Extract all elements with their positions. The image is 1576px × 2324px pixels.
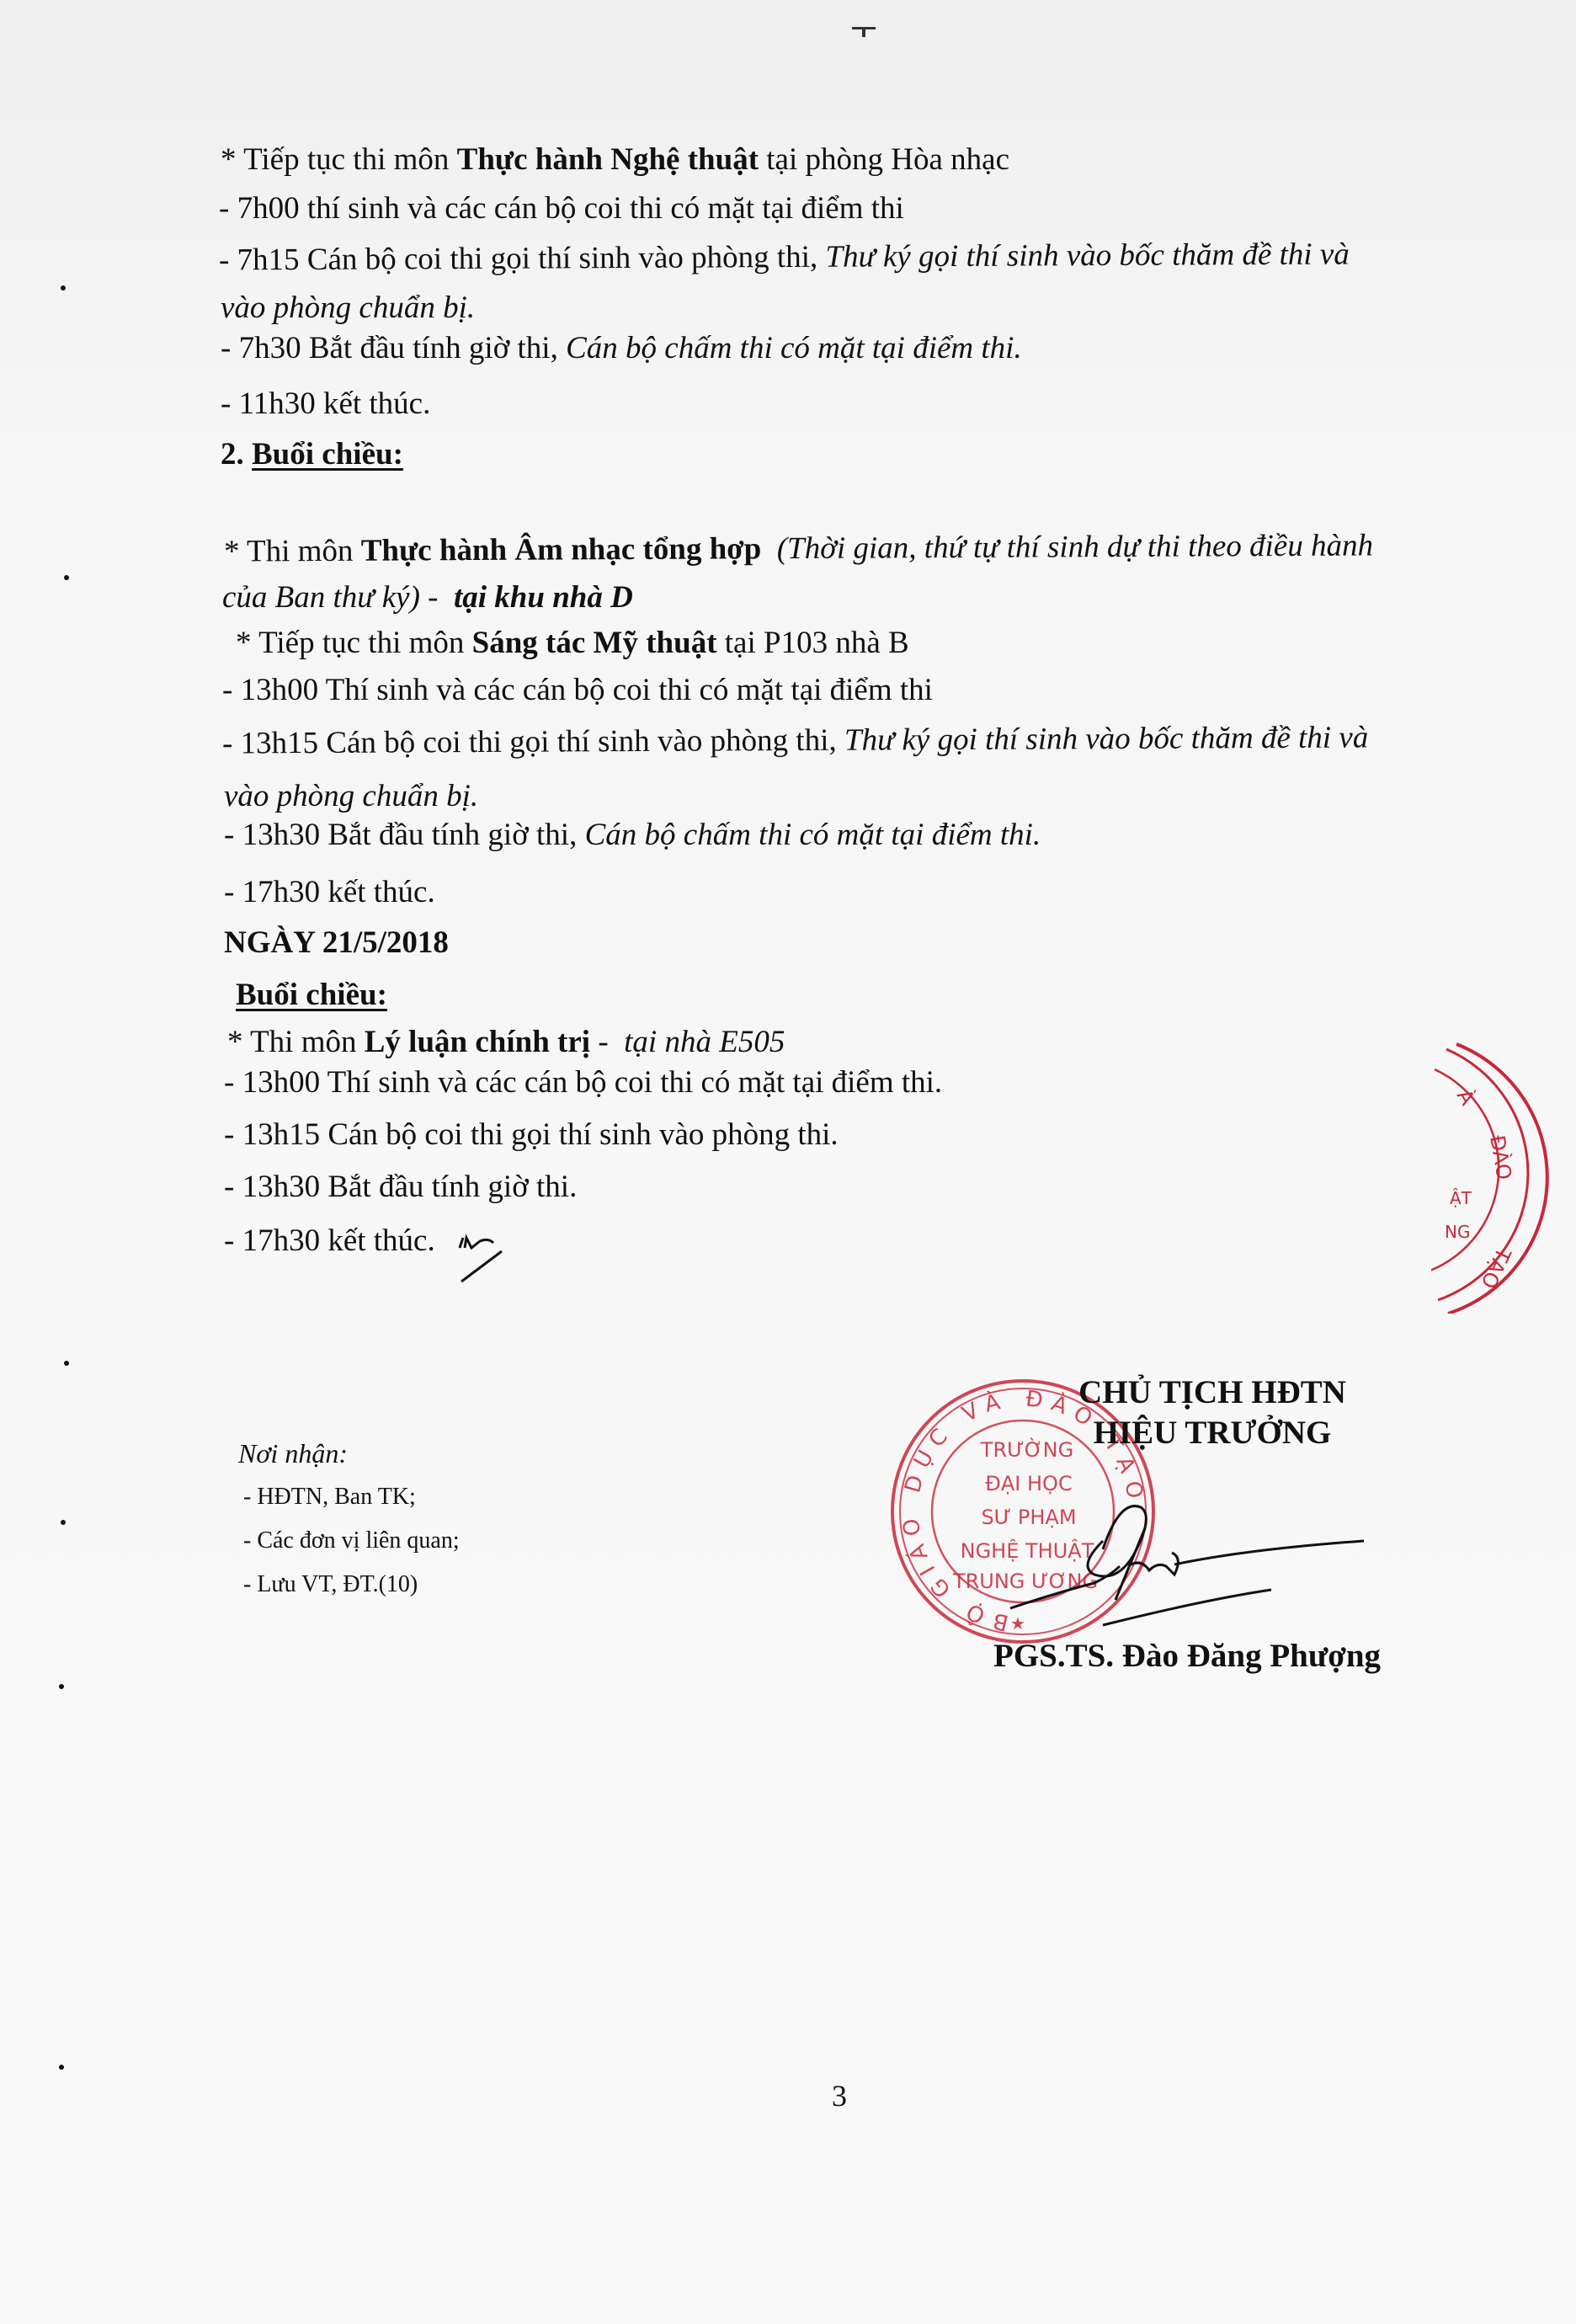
handwritten-signature: [993, 1482, 1381, 1634]
schedule-step: - 13h15 Cán bộ coi thi gọi thí sinh vào …: [222, 719, 1369, 762]
recipient-item: - Lưu VT, ĐT.(10): [238, 1563, 460, 1607]
exam-note-continued: của Ban thư ký) - tại khu nhà D: [222, 579, 633, 616]
schedule-step: - 13h30 Bắt đầu tính giờ thi.: [224, 1169, 577, 1206]
session-heading: Buổi chiều:: [236, 977, 387, 1014]
margin-dot: [61, 1520, 66, 1525]
schedule-step: - 11h30 kết thúc.: [221, 386, 430, 423]
svg-text:TẠO: TẠO: [1476, 1244, 1515, 1293]
exam-heading-fine-art-composition: * Tiếp tục thi môn Sáng tác Mỹ thuật tại…: [236, 625, 909, 662]
schedule-step: vào phòng chuẩn bị.: [221, 290, 475, 327]
subject-name: Thực hành Nghệ thuật: [457, 142, 759, 177]
date-heading: NGÀY 21/5/2018: [224, 925, 449, 962]
margin-dot: [64, 575, 69, 580]
exam-heading-music-practice: * Thi môn Thực hành Âm nhạc tổng hợp (Th…: [224, 527, 1373, 570]
schedule-step: vào phòng chuẩn bị.: [224, 778, 478, 815]
svg-text:NG: NG: [1445, 1222, 1470, 1242]
schedule-step: - 13h00 Thí sinh và các cán bộ coi thi c…: [224, 1064, 942, 1101]
subject-name: Thực hành Âm nhạc tổng hợp: [361, 531, 762, 568]
document-page: * Tiếp tục thi môn Thực hành Nghệ thuật …: [0, 0, 1576, 2324]
signer-title-council: CHỦ TỊCH HĐTN: [993, 1373, 1431, 1413]
signer-name: PGS.TS. Đào Đăng Phượng: [993, 1637, 1381, 1675]
section-heading-afternoon: 2. Buổi chiều:: [221, 436, 403, 473]
svg-text:ẬT: ẬT: [1450, 1188, 1472, 1208]
schedule-step: - 7h00 thí sinh và các cán bộ coi thi có…: [219, 190, 904, 227]
recipients-title: Nơi nhận:: [238, 1431, 460, 1475]
svg-text:À: À: [1452, 1085, 1481, 1110]
subject-name: Sáng tác Mỹ thuật: [472, 626, 717, 660]
schedule-step: - 7h30 Bắt đầu tính giờ thi, Cán bộ chấm…: [221, 330, 1022, 367]
schedule-step: - 13h15 Cán bộ coi thi gọi thí sinh vào …: [224, 1117, 839, 1154]
schedule-step: - 17h30 kết thúc.: [224, 874, 435, 911]
page-number: 3: [832, 2078, 847, 2113]
margin-dot: [59, 2065, 64, 2070]
scan-artifact-mark: [852, 27, 876, 29]
svg-text:ĐÀO: ĐÀO: [1485, 1133, 1517, 1181]
signer-title-rector: HIỆU TRƯỞNG: [993, 1413, 1431, 1453]
margin-dot: [64, 1361, 69, 1366]
recipient-item: - Các đơn vị liên quan;: [238, 1519, 460, 1563]
exam-heading-political-theory: * Thi môn Lý luận chính trị - tại nhà E5…: [227, 1024, 785, 1061]
recipients-block: Nơi nhận: - HĐTN, Ban TK; - Các đơn vị l…: [238, 1431, 460, 1607]
margin-dot: [59, 1684, 64, 1689]
schedule-step: - 13h00 Thí sinh và các cán bộ coi thi c…: [222, 672, 933, 709]
exam-heading-art-practice: * Tiếp tục thi môn Thực hành Nghệ thuật …: [221, 141, 1009, 179]
recipient-item: - HĐTN, Ban TK;: [238, 1475, 460, 1519]
subject-name: Lý luận chính trị: [365, 1025, 590, 1059]
signature-block: CHỦ TỊCH HĐTN HIỆU TRƯỞNG: [993, 1373, 1431, 1453]
partial-stamp-right: À ĐÀO TẠO ẬT NG: [1431, 1036, 1576, 1314]
schedule-step: - 13h30 Bắt đầu tính giờ thi, Cán bộ chấ…: [224, 817, 1041, 854]
schedule-step: - 7h15 Cán bộ coi thi gọi thí sinh vào p…: [219, 236, 1350, 279]
schedule-step: - 17h30 kết thúc.: [224, 1223, 435, 1260]
initials-scribble-icon: [455, 1229, 514, 1288]
margin-dot: [61, 285, 66, 290]
